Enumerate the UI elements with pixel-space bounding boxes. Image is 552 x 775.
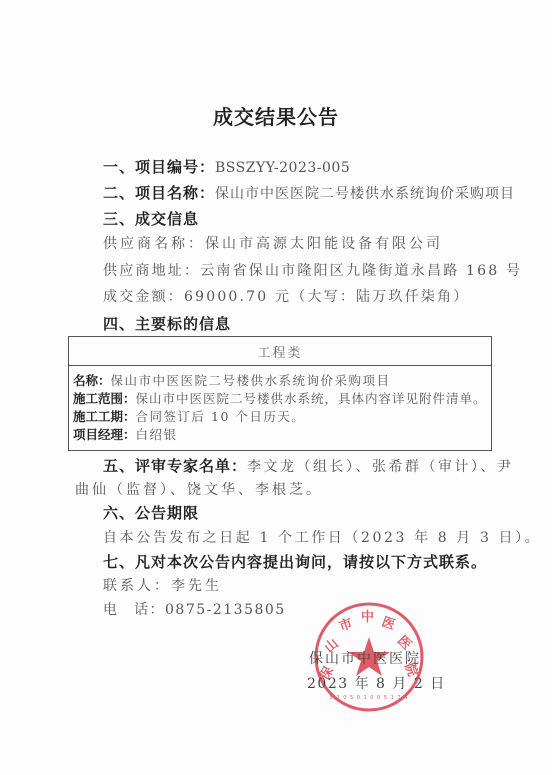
section-heading: 七、凡对本次公告内容提出询问，请按以下方式联系。 [103,553,487,571]
row-value: 合同签订后 10 个日历天。 [136,409,306,424]
subject-info-table: 工程类 名称：保山市中医医院二号楼供水系统询价采购项目 施工范围：保山市中医医院… [68,336,492,451]
row-key: 名称： [73,373,111,388]
supplier-address: 供应商地址：云南省保山市隆阳区九隆街道永昌路 168 号 [103,262,522,280]
row-value: 保山市中医医院二号楼供水系统询价采购项目 [111,373,391,388]
section-heading: 六、公告期限 [103,504,199,522]
svg-text:中: 中 [361,609,374,625]
section-heading: 二、项目名称： [103,184,215,202]
row-key: 施工工期： [73,409,136,424]
section-heading: 五、评审专家名单： [103,457,247,475]
signature-date: 2023 年 8 月 2 日 [307,673,446,693]
row-key: 项目经理： [73,427,136,442]
signature-organization: 保山市中医医院 [309,648,421,668]
section-project-number: 一、项目编号：BSSZYY-2023-005 [103,158,350,177]
svg-text:5 3 0 5 0 1 0 0 5 1 7 4: 5 3 0 5 0 1 0 0 5 1 7 4 [330,695,409,701]
section-heading: 三、成交信息 [103,210,199,228]
row-value: 白绍银 [136,427,178,442]
supplier-name: 供应商名称：保山市高源太阳能设备有限公司 [103,235,443,253]
svg-text:医: 医 [380,614,398,633]
table-category-header: 工程类 [69,337,492,366]
page-title: 成交结果公告 [0,101,552,130]
experts-value-line2: 曲仙（监督）、饶文华、李根芝。 [75,481,323,499]
row-value: 保山市中医医院二号楼供水系统，具体内容详见附件清单。 [136,391,487,406]
table-row-name: 名称：保山市中医医院二号楼供水系统询价采购项目 [73,372,491,390]
section-main-subject: 四、主要标的信息 [103,315,231,334]
section-project-name: 二、项目名称：保山市中医医院二号楼供水系统询价采购项目 [103,184,515,203]
project-name-value: 保山市中医医院二号楼供水系统询价采购项目 [215,186,515,202]
table-body: 名称：保山市中医医院二号楼供水系统询价采购项目 施工范围：保山市中医医院二号楼供… [69,366,492,451]
table-row-duration: 施工工期：合同签订后 10 个日历天。 [73,408,491,426]
contact-phone: 电 话：0875-2135805 [103,601,286,619]
table-row-manager: 项目经理：白绍银 [73,426,491,444]
deal-amount: 成交金额：69000.70 元（大写：陆万玖仟柒角） [103,288,469,306]
section-heading: 一、项目编号： [103,158,215,176]
notice-period-value: 自本公告发布之日起 1 个工作日（2023 年 8 月 3 日）。 [103,529,541,547]
project-number-value: BSSZYY-2023-005 [215,160,350,176]
svg-text:市: 市 [337,615,355,634]
section-contact: 七、凡对本次公告内容提出询问，请按以下方式联系。 [103,553,487,572]
section-deal-info: 三、成交信息 [103,210,199,229]
section-experts: 五、评审专家名单：李文龙（组长）、张希群（审计）、尹 [103,457,514,476]
table-row-scope: 施工范围：保山市中医医院二号楼供水系统，具体内容详见附件清单。 [73,390,491,408]
section-notice-period: 六、公告期限 [103,504,199,523]
experts-value-line1: 李文龙（组长）、张希群（审计）、尹 [247,459,514,475]
row-key: 施工范围： [73,391,136,406]
section-heading: 四、主要标的信息 [103,315,231,333]
contact-person: 联系人：李先生 [103,577,222,595]
